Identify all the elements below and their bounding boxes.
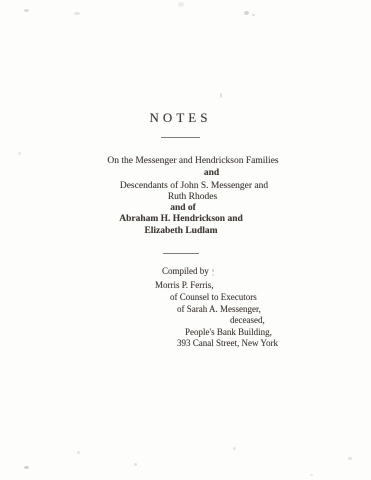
subtitle-line: Descendants of John S. Messenger and (9, 181, 371, 191)
scan-speckle (18, 152, 21, 155)
colophon-line: People's Bank Building, (185, 327, 272, 337)
subtitle-line: and of (0, 203, 369, 213)
divider-rule-top (161, 137, 200, 138)
scan-speckle (24, 466, 29, 469)
subtitle-line: Abraham H. Hendrickson and (0, 214, 367, 224)
colophon-line: Compiled by (162, 266, 209, 276)
scan-speckle (134, 463, 137, 466)
colophon-line: deceased, (230, 315, 265, 325)
scan-speckle (77, 451, 80, 454)
subtitle-line: Ruth Rhodes (7, 192, 371, 202)
colophon-line: Morris P. Ferris, (155, 280, 214, 290)
scan-speckle (220, 93, 222, 98)
scan-speckle (252, 14, 255, 16)
colophon-line: of Counsel to Executors (170, 292, 257, 302)
subtitle-line: and (26, 168, 371, 178)
scan-speckle (212, 274, 214, 276)
colophon-line: of Sarah A. Messenger, (177, 304, 261, 314)
scan-speckle (212, 269, 214, 272)
scan-speckle (24, 9, 29, 12)
colophon-line: 393 Canal Street, New York (177, 338, 278, 348)
scan-speckle (348, 457, 352, 460)
scan-speckle (233, 447, 236, 450)
page-title: NOTES (0, 110, 361, 126)
divider-rule-middle (163, 253, 199, 254)
subtitle-line: On the Messenger and Hendrickson Familie… (8, 156, 371, 166)
scan-speckle (74, 12, 80, 15)
scanned-book-title-page: NOTES On the Messenger and Hendrickson F… (0, 0, 371, 480)
subtitle-line: Elizabeth Ludlam (0, 226, 367, 236)
scan-speckle (310, 474, 313, 476)
scan-speckle (178, 2, 184, 7)
scan-speckle (244, 11, 249, 15)
